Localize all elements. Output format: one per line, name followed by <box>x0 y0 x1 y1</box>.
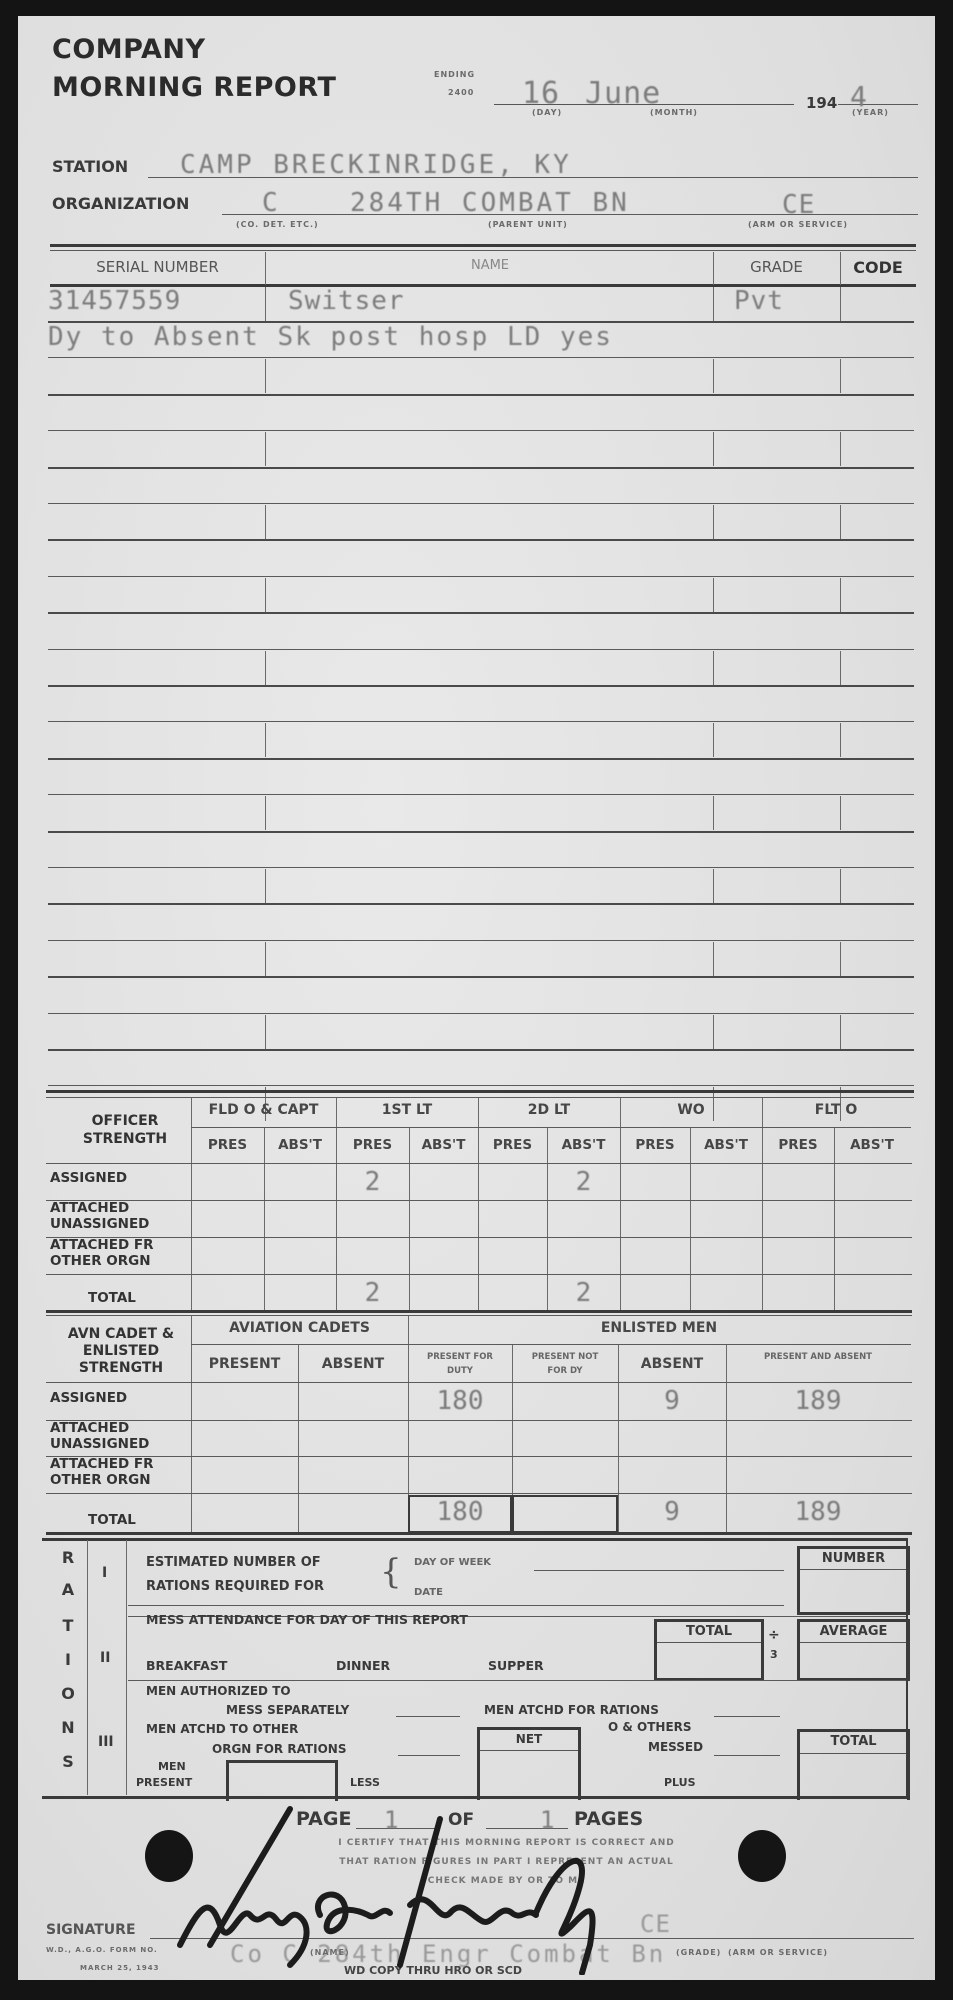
entry-serial: 31457559 <box>48 286 181 316</box>
entry-row-line <box>48 976 914 978</box>
officer-row-label: ATTACHED UNASSIGNED <box>50 1200 190 1232</box>
signature-label: SIGNATURE <box>46 1922 136 1938</box>
enlisted-subheader: ABSENT <box>298 1356 408 1372</box>
officer-sub-divider <box>264 1127 265 1310</box>
entry-col-divider <box>265 359 266 393</box>
entry-row-line <box>48 794 914 795</box>
header-code: CODE <box>840 258 916 277</box>
officer-group-header: 2D LT <box>478 1102 620 1118</box>
entry-col-divider <box>840 942 841 976</box>
average-label: AVERAGE <box>800 1624 907 1639</box>
entry-row-line <box>48 940 914 941</box>
men-present-1: MEN <box>158 1760 186 1773</box>
enlisted-group-line <box>191 1344 911 1345</box>
entry-col-divider <box>840 578 841 612</box>
entry-col-divider <box>713 505 714 539</box>
rations-total-divider <box>800 1753 907 1754</box>
entry-col-divider <box>713 651 714 685</box>
entry-row-line <box>48 467 914 469</box>
number-box[interactable]: NUMBER <box>797 1546 910 1615</box>
total-box-divider <box>657 1642 761 1643</box>
entry-name: Switser <box>288 286 405 316</box>
part1-bottom <box>128 1605 784 1606</box>
rations-letter: I <box>58 1650 78 1669</box>
officer-group-header: FLT O <box>762 1102 910 1118</box>
supper-label: SUPPER <box>488 1658 544 1673</box>
officer-row-line <box>46 1163 912 1164</box>
part1-line2: RATIONS REQUIRED FOR <box>146 1579 324 1594</box>
report-day: 16 <box>522 76 560 111</box>
officer-subheader: PRES <box>336 1137 409 1153</box>
rations-letter: A <box>58 1580 78 1599</box>
org-unit: 284TH COMBAT BN <box>350 188 630 218</box>
enlisted-row-label: ATTACHED UNASSIGNED <box>50 1420 190 1452</box>
enlisted-group-divider <box>191 1316 192 1532</box>
enlisted-top-border <box>46 1315 912 1316</box>
entry-col-divider <box>713 942 714 976</box>
enlisted-sub-divider <box>298 1344 299 1532</box>
station-label: STATION <box>52 157 128 176</box>
officer-cell[interactable]: 2 <box>336 1278 409 1308</box>
entry-col-divider <box>840 359 841 393</box>
day-caption: (DAY) <box>532 108 562 117</box>
header-col-divider <box>265 252 266 285</box>
enlisted-subheader: PRESENT <box>191 1356 298 1372</box>
entry-row-line <box>48 685 914 687</box>
entry-col-divider <box>265 796 266 830</box>
officer-row-label: ASSIGNED <box>50 1170 190 1186</box>
entry-grade: Pvt <box>734 286 784 316</box>
entry-row-line <box>48 503 914 504</box>
org-caption-company: (CO. DET. ETC.) <box>236 220 319 229</box>
ending-label: ENDING <box>434 70 475 79</box>
enlisted-cell[interactable]: 180 <box>408 1386 512 1416</box>
men-present-2: PRESENT <box>136 1776 192 1789</box>
entry-col-divider <box>713 432 714 466</box>
entry-row-line <box>48 1085 914 1086</box>
header-name: NAME <box>267 258 713 273</box>
net-label: NET <box>480 1732 578 1746</box>
enlisted-row-label: TOTAL <box>88 1512 228 1528</box>
breakfast-label: BREAKFAST <box>146 1658 227 1673</box>
o-others-field[interactable] <box>714 1755 780 1756</box>
station-value: CAMP BRECKINRIDGE, KY <box>180 150 572 180</box>
o-others-line2: MESSED <box>648 1740 703 1754</box>
enlisted-row-label: ASSIGNED <box>50 1390 190 1406</box>
org-company: C <box>262 188 279 218</box>
header-col-divider <box>840 252 841 285</box>
entry-col-divider <box>265 432 266 466</box>
rations-letter: S <box>58 1752 78 1771</box>
entry-row-line <box>48 430 914 431</box>
entry-row-line <box>48 321 914 323</box>
entries-top-border-2 <box>50 250 916 251</box>
month-caption: (MONTH) <box>650 108 698 117</box>
officer-subheader: PRES <box>478 1137 547 1153</box>
present-not-for-duty-total-box <box>512 1495 618 1533</box>
entry-col-divider <box>840 432 841 466</box>
day-of-week-field[interactable] <box>534 1570 784 1571</box>
entry-col-divider <box>840 869 841 903</box>
auth-line1: MEN AUTHORIZED TO <box>146 1684 291 1698</box>
entry-col-divider <box>265 578 266 612</box>
form-number: W.D., A.G.O. FORM NO. <box>46 1946 158 1954</box>
entry-col-divider <box>265 651 266 685</box>
aviation-cadets-header: AVIATION CADETS <box>191 1320 408 1336</box>
header-col-divider <box>713 252 714 285</box>
officer-group-header: 1ST LT <box>336 1102 478 1118</box>
entry-col-divider <box>265 942 266 976</box>
year-prefix: 194 <box>806 94 837 112</box>
enlisted-men-header: ENLISTED MEN <box>408 1320 910 1336</box>
part2-title: MESS ATTENDANCE FOR DAY OF THIS REPORT <box>146 1612 468 1627</box>
attendance-total-label: TOTAL <box>657 1624 761 1639</box>
number-label: NUMBER <box>800 1551 907 1566</box>
officer-group-divider <box>478 1098 479 1310</box>
organization-label: ORGANIZATION <box>52 194 189 213</box>
entry-col-divider <box>840 287 841 321</box>
enlisted-subheader: ABSENT <box>618 1356 726 1372</box>
officer-sub-divider <box>409 1127 410 1310</box>
number-box-divider <box>800 1569 907 1570</box>
officer-row-line <box>46 1310 912 1313</box>
rations-letter: N <box>58 1718 78 1737</box>
atchd-rations-label: MEN ATCHD FOR RATIONS <box>484 1703 659 1717</box>
part2-numeral: II <box>100 1650 110 1666</box>
entry-col-divider <box>713 578 714 612</box>
entry-col-divider <box>713 869 714 903</box>
enlisted-subheader: PRESENT AND ABSENT <box>726 1350 910 1364</box>
part1-numeral: I <box>102 1565 107 1581</box>
org-caption-unit: (PARENT UNIT) <box>488 220 568 229</box>
entry-col-divider <box>265 505 266 539</box>
enlisted-cell[interactable]: 189 <box>726 1497 910 1527</box>
enlisted-strength-title: AVN CADET & ENLISTED STRENGTH <box>54 1326 188 1377</box>
officer-subheader: PRES <box>191 1137 264 1153</box>
officer-subheader: PRES <box>620 1137 690 1153</box>
ending-time: 2400 <box>448 88 474 97</box>
form-date: MARCH 25, 1943 <box>80 1964 160 1972</box>
part3-top <box>128 1680 908 1681</box>
entry-row-line <box>48 394 914 396</box>
enlisted-subheader: PRESENT FOR DUTY <box>408 1350 512 1378</box>
entry-col-divider <box>840 723 841 757</box>
rations-divider-2 <box>126 1540 127 1795</box>
rations-total-label: TOTAL <box>800 1734 907 1749</box>
officer-subheader: PRES <box>762 1137 834 1153</box>
officer-top-border <box>46 1097 914 1098</box>
officer-subheader: ABS'T <box>690 1137 762 1153</box>
officer-row-label: TOTAL <box>88 1290 228 1306</box>
less-label: LESS <box>350 1776 380 1789</box>
other-orgn-field[interactable] <box>398 1755 460 1756</box>
officer-cell[interactable]: 2 <box>336 1167 409 1197</box>
entry-row-line <box>48 758 914 760</box>
entry-row-line <box>48 576 914 577</box>
officer-group-line <box>191 1127 911 1128</box>
header-serial-number: SERIAL NUMBER <box>50 258 265 276</box>
entry-row-line <box>48 539 914 541</box>
average-box[interactable]: AVERAGE <box>797 1619 910 1681</box>
average-box-divider <box>800 1642 907 1643</box>
entry-remark: Dy to Absent Sk post hosp LD yes <box>48 322 613 352</box>
date-label: DATE <box>414 1587 443 1598</box>
net-box[interactable]: NET <box>477 1727 581 1800</box>
enlisted-row-line <box>46 1382 912 1383</box>
officer-subheader: ABS'T <box>409 1137 478 1153</box>
scan-border-right <box>935 0 953 2000</box>
entry-col-divider <box>840 796 841 830</box>
punch-hole-right <box>738 1830 786 1882</box>
net-box-divider <box>480 1750 578 1751</box>
enlisted-row-line <box>46 1493 912 1494</box>
enlisted-cell[interactable]: 9 <box>618 1386 726 1416</box>
other-line2: ORGN FOR RATIONS <box>212 1742 346 1756</box>
entry-col-divider <box>713 796 714 830</box>
enlisted-cell[interactable]: 9 <box>618 1497 726 1527</box>
form-title-line2: MORNING REPORT <box>52 72 336 104</box>
entry-col-divider <box>840 1015 841 1049</box>
auth-line2: MESS SEPARATELY <box>226 1703 349 1717</box>
officer-subheader: ABS'T <box>834 1137 910 1153</box>
officer-strength-title: OFFICER STRENGTH <box>62 1112 188 1148</box>
rations-letter: R <box>58 1548 78 1567</box>
part1-line1: ESTIMATED NUMBER OF <box>146 1555 321 1570</box>
officer-group-divider <box>762 1098 763 1310</box>
rations-letter: O <box>58 1684 78 1703</box>
entry-row-line <box>48 721 914 722</box>
entry-col-divider <box>265 1015 266 1049</box>
entry-row-line <box>48 1013 914 1014</box>
rations-divider-1 <box>87 1540 88 1795</box>
enlisted-subheader: PRESENT NOT FOR DY <box>512 1350 618 1378</box>
entry-col-divider <box>840 505 841 539</box>
divide-icon: ÷ <box>768 1627 780 1643</box>
entry-row-line <box>48 649 914 650</box>
rations-top-border <box>42 1538 908 1541</box>
officer-group-divider <box>191 1098 192 1310</box>
handwritten-signature <box>170 1795 730 1975</box>
other-line1: MEN ATCHD TO OTHER <box>146 1722 298 1736</box>
entry-row-line <box>48 867 914 868</box>
plus-label: PLUS <box>664 1776 696 1789</box>
dinner-label: DINNER <box>336 1658 390 1673</box>
entry-row-line <box>48 612 914 614</box>
day-of-week-label: DAY OF WEEK <box>414 1557 491 1568</box>
entry-row-line <box>48 903 914 905</box>
entries-top-border <box>50 244 916 247</box>
rations-letter: T <box>58 1616 78 1635</box>
header-grade: GRADE <box>713 258 840 276</box>
officer-sub-divider <box>834 1127 835 1310</box>
officer-group-header: WO <box>620 1102 762 1118</box>
officer-subheader: ABS'T <box>547 1137 620 1153</box>
entry-row-line <box>48 1049 914 1051</box>
atchd-rations-field[interactable] <box>714 1716 780 1717</box>
present-for-duty-total-box <box>408 1495 512 1533</box>
entries-bottom-border <box>46 1090 914 1093</box>
entry-col-divider <box>840 651 841 685</box>
o-others-line1: O & OTHERS <box>608 1720 692 1734</box>
enlisted-row-label: ATTACHED FR OTHER ORGN <box>50 1456 190 1488</box>
brace-icon: { <box>380 1552 402 1592</box>
entry-col-divider <box>713 723 714 757</box>
officer-subheader: ABS'T <box>264 1137 336 1153</box>
officer-cell[interactable]: 2 <box>547 1167 620 1197</box>
entry-row-line <box>48 357 914 358</box>
officer-row-label: ATTACHED FR OTHER ORGN <box>50 1237 190 1269</box>
org-arm: CE <box>782 190 815 220</box>
attendance-total-box[interactable]: TOTAL <box>654 1619 764 1681</box>
report-month: June <box>585 76 661 111</box>
part3-numeral: III <box>98 1734 114 1750</box>
entry-col-divider <box>713 1015 714 1049</box>
officer-group-header: FLD O & CAPT <box>191 1102 336 1118</box>
form-title-line1: COMPANY <box>52 34 206 66</box>
officer-cell[interactable]: 2 <box>547 1278 620 1308</box>
rations-total-box[interactable]: TOTAL <box>797 1729 910 1800</box>
mess-separately-field[interactable] <box>396 1716 460 1717</box>
arm-caption: (ARM OR SERVICE) <box>728 1948 828 1957</box>
entry-col-divider <box>265 869 266 903</box>
year-caption: (YEAR) <box>852 108 889 117</box>
divide-by: 3 <box>770 1648 778 1661</box>
officer-group-divider <box>620 1098 621 1310</box>
officer-row-line <box>46 1274 912 1275</box>
officer-sub-divider <box>690 1127 691 1310</box>
entry-col-divider <box>265 723 266 757</box>
org-caption-arm: (ARM OR SERVICE) <box>748 220 848 229</box>
entry-col-divider <box>713 287 714 321</box>
entry-col-divider <box>265 287 266 321</box>
enlisted-cell[interactable]: 189 <box>726 1386 910 1416</box>
entry-col-divider <box>713 359 714 393</box>
entry-row-line <box>48 831 914 833</box>
rations-right-border <box>906 1540 908 1798</box>
